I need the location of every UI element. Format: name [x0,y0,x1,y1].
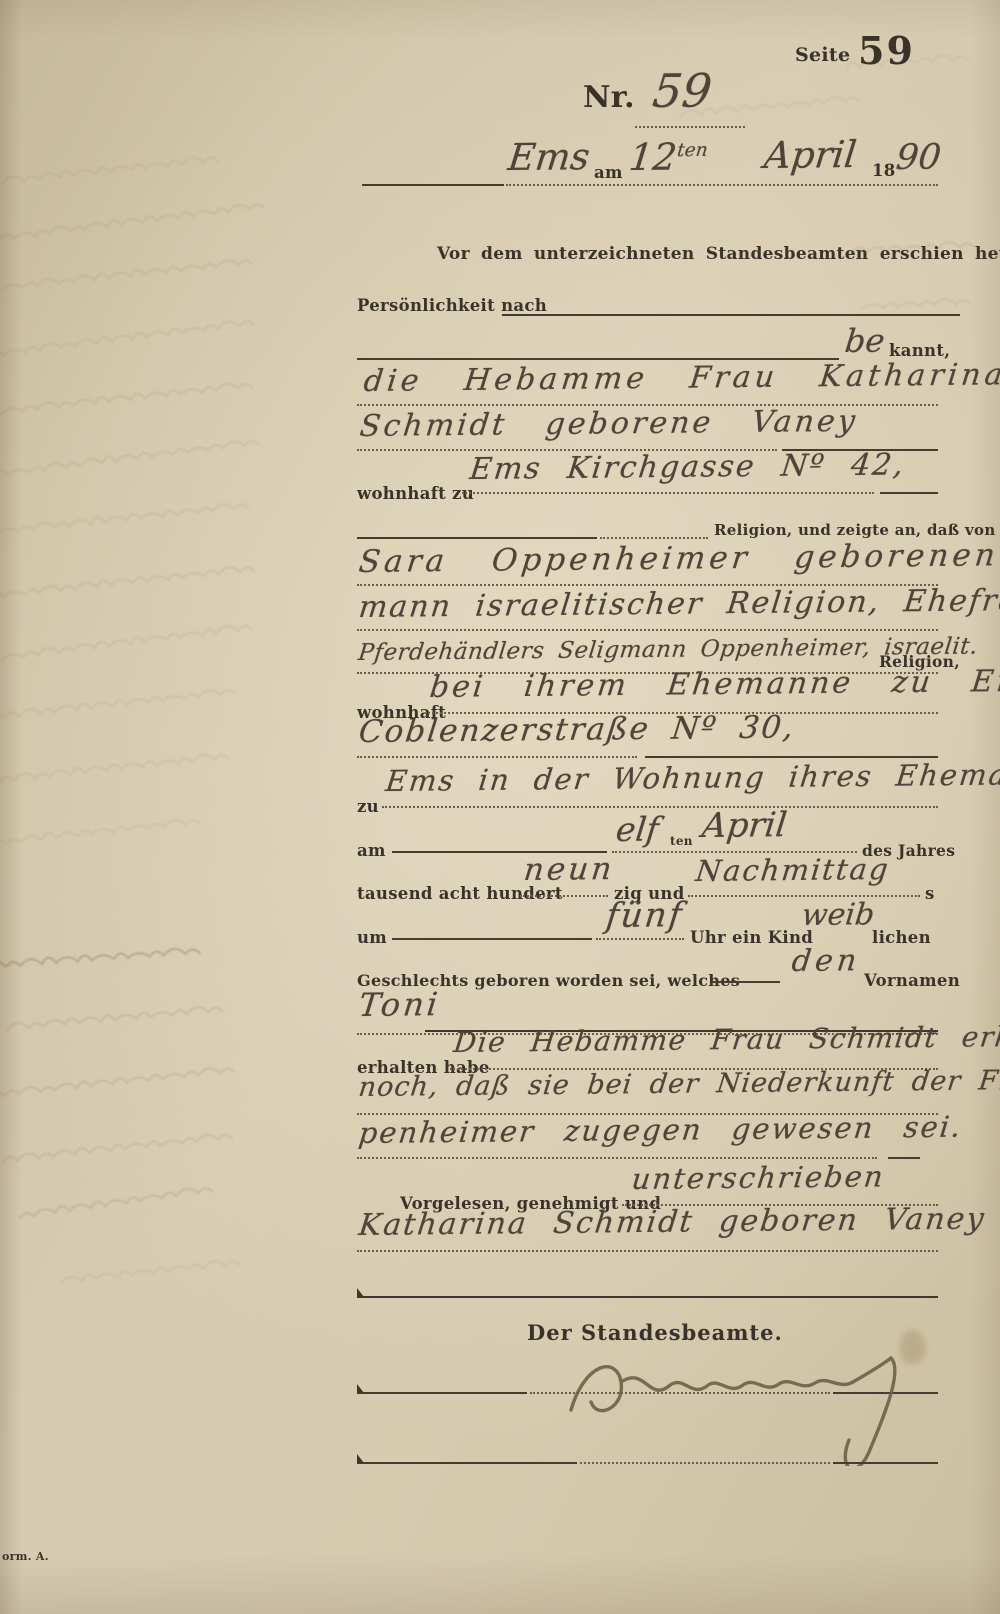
form-line [635,126,745,128]
article-hand: den [790,943,862,979]
um-label: um [357,928,387,947]
form-line [712,981,780,983]
declarant-line1: die Hebamme Frau Katharina [362,357,1000,399]
zu-label: zu [357,797,379,816]
birthplace-line: Ems in der Wohnung ihres Ehemannes, [384,757,1000,798]
am-label: am [357,841,386,860]
ink-mark [357,1288,364,1297]
form-line [600,537,708,539]
persoenlichkeit-label: Persönlichkeit nach [357,296,547,315]
form-line [502,314,960,316]
bekannt-hand: be [843,322,887,360]
declarant-signature: Katharina Schmidt geboren Vaney [357,1201,987,1243]
form-line [833,1462,938,1464]
husband-residence: bei ihrem Ehemanne zu Ems [428,664,1000,705]
dateline-century: 18 [872,161,896,180]
form-line [357,756,637,758]
form-line [357,1157,877,1159]
lichen-suffix: lichen [872,928,931,947]
dateline-month: April [762,133,859,177]
child-name: Toni [357,985,442,1024]
page-label: Seite [795,44,850,66]
year-tens-hand: neun [522,851,616,888]
birth-month: April [700,805,789,846]
intro-text: Vor dem unterzeichneten Standesbeamten e… [437,244,1000,264]
record-number-label: Nr. [583,80,635,115]
s-suffix: s [925,884,935,903]
ink-smudge [900,1330,926,1364]
form-line [392,938,592,940]
declarant-line2: Schmidt geborene Vaney [358,404,860,444]
vornamen-label: Vornamen [864,971,960,990]
ink-mark [357,1384,364,1393]
form-line [520,895,608,897]
form-line [357,537,597,539]
mother-line1: Sara Oppenheimer geborenen Ull- [357,536,1000,580]
unterschrieben-hand: unterschrieben [630,1159,887,1196]
dateline-year: 90 [894,138,943,178]
street-line: Coblenzerstraße Nº 30, [357,709,797,750]
day-suffix: ten [670,834,693,848]
declarant-address: Ems Kirchgasse Nº 42, [468,447,907,487]
form-line [357,629,938,631]
mother-line2: mann israelitischer Religion, Ehefrau de… [357,582,1000,625]
wohnhaft-zu-label: wohnhaft zu [357,484,474,503]
daypart-hand: Nachmittag [694,852,892,888]
sex-hand: weib [800,897,876,933]
form-line [357,1392,527,1394]
dateline-day: 12ten [627,135,709,179]
form-line [357,1462,577,1464]
form-line [880,492,938,494]
birth-day: elf [614,810,661,849]
birth-hour: fünf [604,895,686,936]
birth-record-page: Seite 59 Nr. 59 Ems am 12ten April 18 90… [0,0,1000,1614]
page-number: 59 [858,28,915,73]
form-line [506,184,938,186]
form-footer-note: orm. A. [2,1550,49,1563]
form-line [580,1462,830,1464]
record-number-value: 59 [650,63,715,118]
form-line [382,806,938,808]
form-line [357,1296,938,1298]
form-line [357,1250,938,1252]
form-line [362,184,504,186]
closing-hand1: Die Hebamme Frau Schmidt erklärte [452,1019,1000,1059]
closing-hand3: penheimer zugegen gewesen sei. [357,1110,964,1150]
form-line [888,1157,920,1159]
religion-clause: Religion, und zeigte an, daß von der [714,521,1000,539]
dateline-am: am [594,163,623,182]
form-line [688,895,920,897]
form-line [645,756,938,758]
dateline-place: Ems [506,135,592,179]
form-line [596,938,684,940]
form-line [462,492,874,494]
ink-mark [357,1454,364,1463]
registrar-signature [555,1336,955,1466]
